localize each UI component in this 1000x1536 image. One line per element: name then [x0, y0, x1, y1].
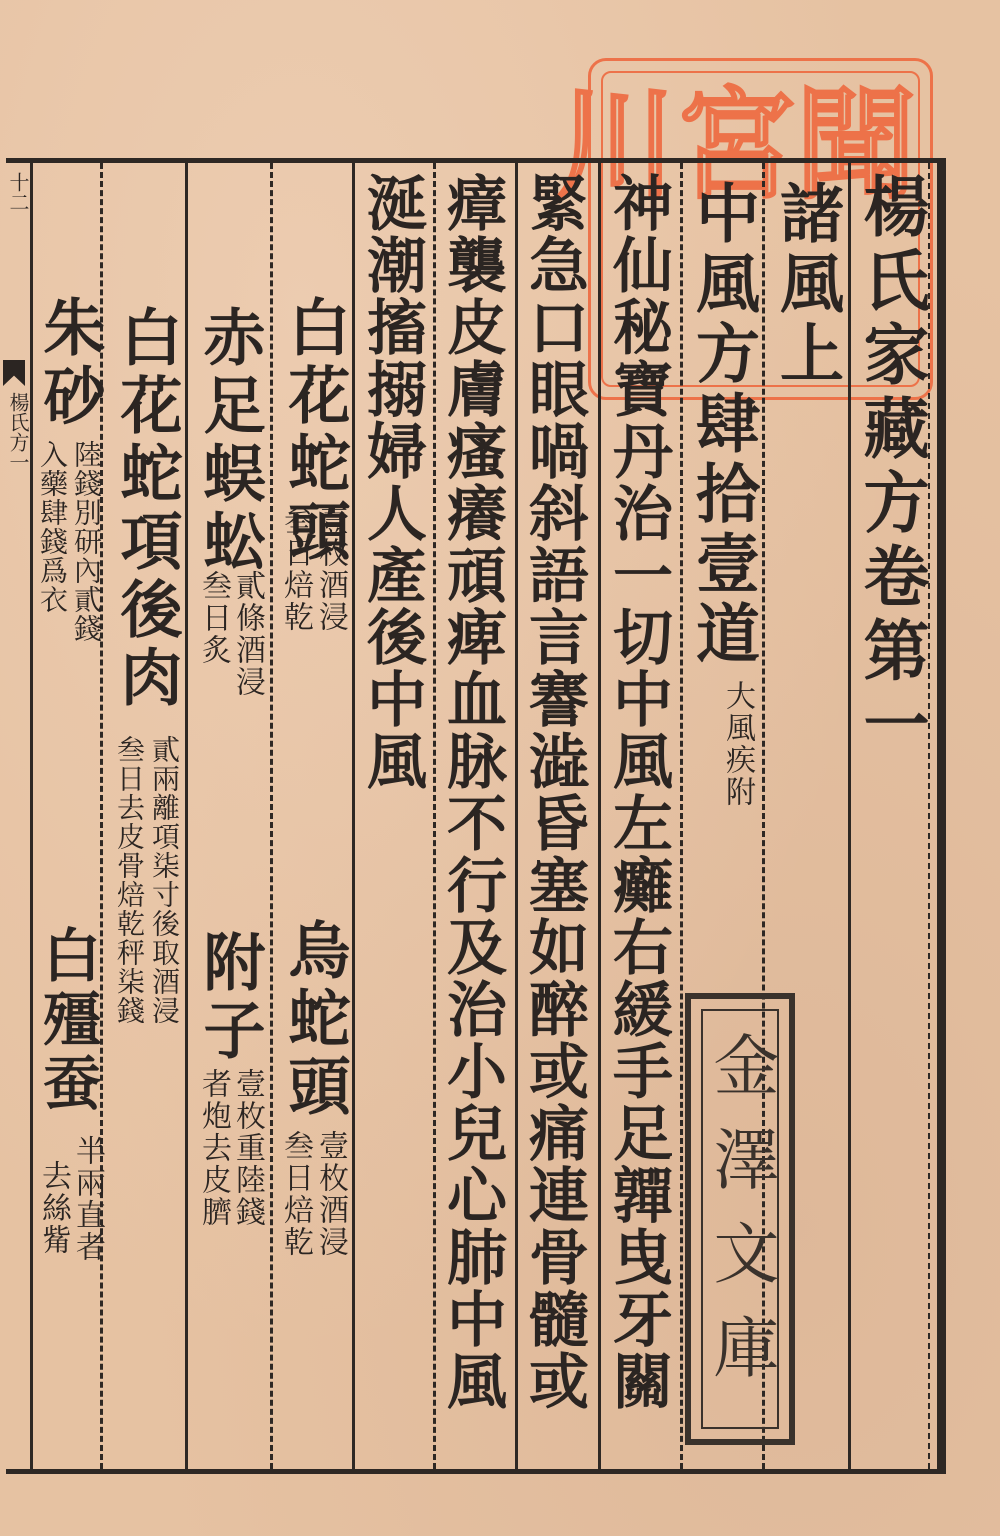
- column-rule: [598, 163, 601, 1469]
- ingredient-note: 叁日焙乾: [280, 505, 310, 633]
- ingredient-note: 叁日去皮骨焙乾秤柒錢: [115, 735, 143, 1025]
- ingredient-name: 朱砂: [38, 295, 100, 431]
- column-rule: [515, 163, 518, 1469]
- ingredient-note: 者炮去皮臍: [198, 1068, 228, 1228]
- fold-margin-title: 楊氏方一: [6, 392, 28, 472]
- ingredient-note: 叁日炙: [198, 570, 228, 666]
- recipe-text-line-1: 神仙秘寶丹治一切中風左癱右緩手足嚲曳牙關: [608, 172, 668, 1412]
- section-heading: 諸風上: [774, 180, 838, 390]
- fold-margin-juan-number: 十二: [6, 172, 28, 212]
- ingredient-note: 入藥肆錢爲衣: [38, 440, 66, 614]
- recipe-text-line-4: 涎潮搐搦婦人產後中風: [362, 172, 422, 792]
- ingredient-name: 烏蛇頭: [283, 918, 345, 1122]
- recipe-count-note: 大風疾附: [722, 680, 752, 808]
- recipe-text-line-3: 瘴襲皮膚瘙癢頑痺血脉不行及治小兒心肺中風: [442, 172, 502, 1412]
- column-rule: [352, 163, 355, 1469]
- stamp-inner-border: 金澤文庫: [701, 1009, 779, 1429]
- ingredient-note: 壹枚重陸錢: [232, 1068, 262, 1228]
- ingredient-name: 赤足蜈蚣: [198, 305, 260, 577]
- column-rule: [270, 163, 273, 1469]
- ingredient-note: 貳條酒浸: [232, 570, 262, 698]
- ingredient-note: 半兩直者: [72, 1135, 102, 1263]
- volume-title: 楊氏家藏方卷第一: [858, 172, 924, 764]
- column-rule: [185, 163, 188, 1469]
- ingredient-note: 貳兩離項柒寸後取酒浸: [150, 735, 178, 1025]
- column-rule: [680, 163, 683, 1469]
- ingredient-name: 附子: [198, 930, 260, 1066]
- stamp-text: 金澤文庫: [707, 1031, 773, 1407]
- library-stamp: 金澤文庫: [685, 993, 795, 1445]
- column-rule: [433, 163, 436, 1469]
- ingredient-name: 白殭蚕: [38, 925, 96, 1117]
- recipe-text-line-2: 緊急口眼喎斜語言謇澁昏塞如醉或痛連骨髓或: [524, 172, 584, 1412]
- ingredient-note: 陸錢別研內貳錢: [72, 440, 100, 643]
- ingredient-note: 壹枚酒浸: [315, 1130, 345, 1258]
- ingredient-note: 叁日焙乾: [280, 1130, 310, 1258]
- ingredient-name: 白花蛇項後肉: [115, 305, 177, 713]
- recipe-count-heading: 中風方肆拾壹道: [690, 180, 754, 670]
- ingredient-note: 壹枚酒浸: [315, 505, 345, 633]
- ingredient-note: 去絲觜: [38, 1160, 68, 1256]
- column-rule: [848, 163, 851, 1469]
